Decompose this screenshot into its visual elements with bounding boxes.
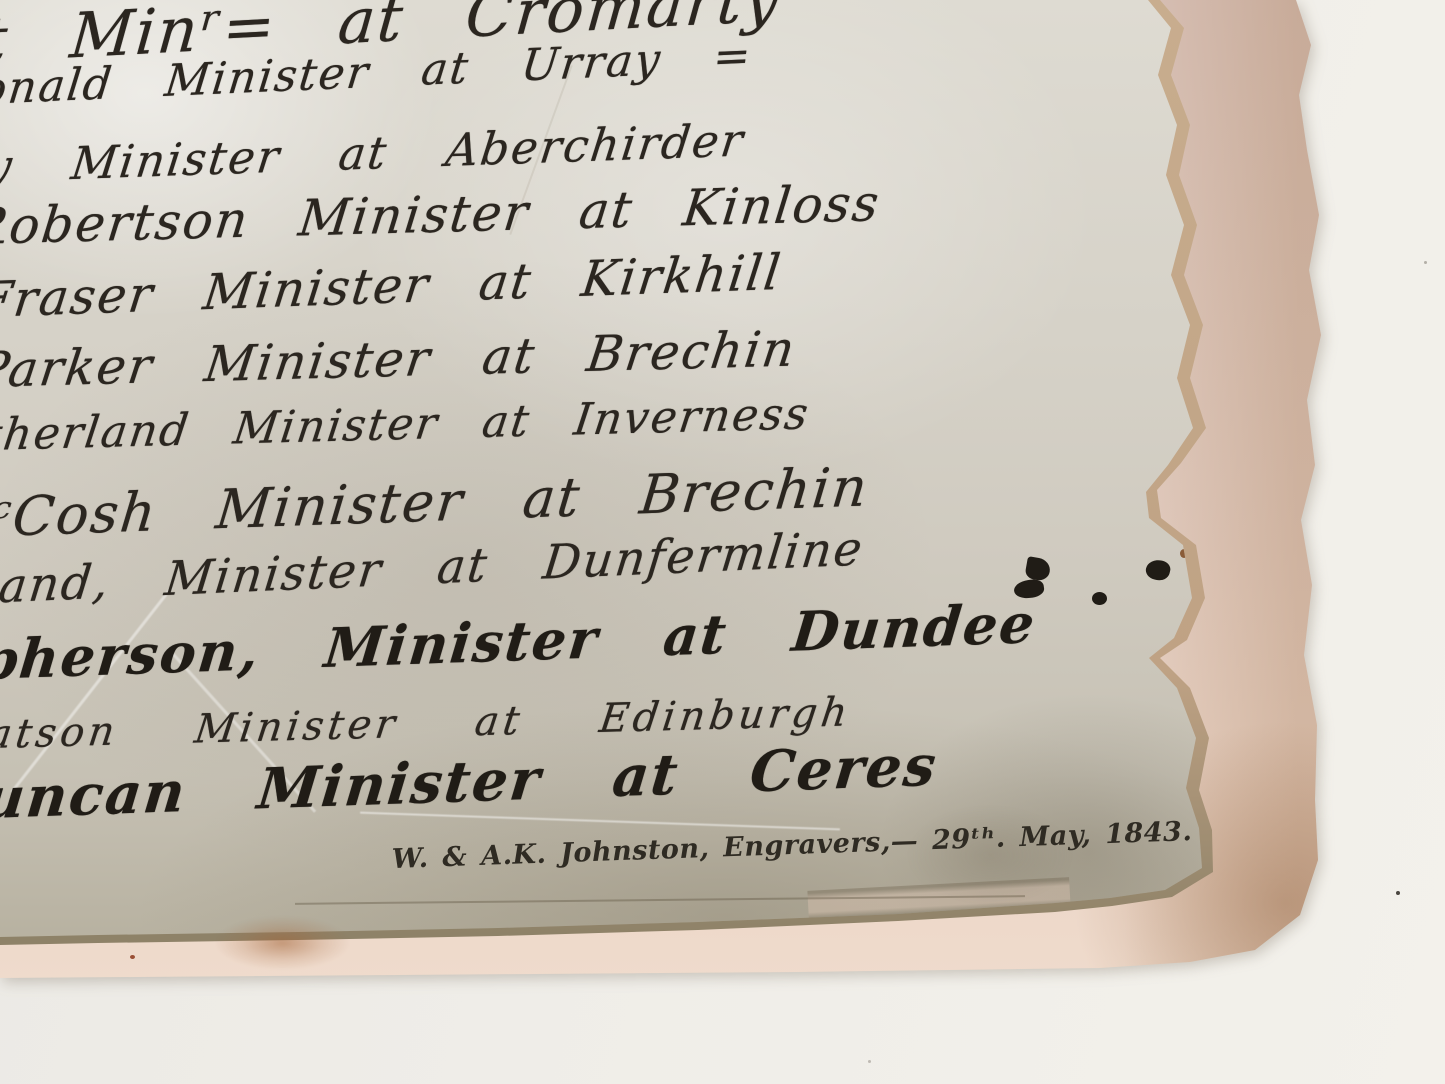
- ink-blot: [1144, 557, 1172, 582]
- manuscript-line-5: Fraser Minister at Kirkhill: [0, 244, 785, 329]
- manuscript-line-6: Parker Minister at Brechin: [0, 320, 800, 399]
- ink-blot: [1024, 556, 1051, 582]
- dust-speck: [1424, 261, 1427, 264]
- manuscript-line-7: therland Minister at Inverness: [0, 388, 813, 461]
- fold-line: [295, 895, 1025, 905]
- ink-blot: [1092, 592, 1107, 605]
- dust-speck: [1396, 891, 1400, 895]
- manuscript-page: t Minʳ= at Cromarty onald Minister at Ur…: [0, 0, 1210, 945]
- dust-speck: [868, 1060, 871, 1063]
- engraver-imprint: W. & A.K. Johnston, Engravers,— 29ᵗʰ. Ma…: [391, 816, 1192, 875]
- photograph-background: t Minʳ= at Cromarty onald Minister at Ur…: [0, 0, 1445, 1084]
- stain: [130, 955, 135, 959]
- stain: [215, 916, 350, 970]
